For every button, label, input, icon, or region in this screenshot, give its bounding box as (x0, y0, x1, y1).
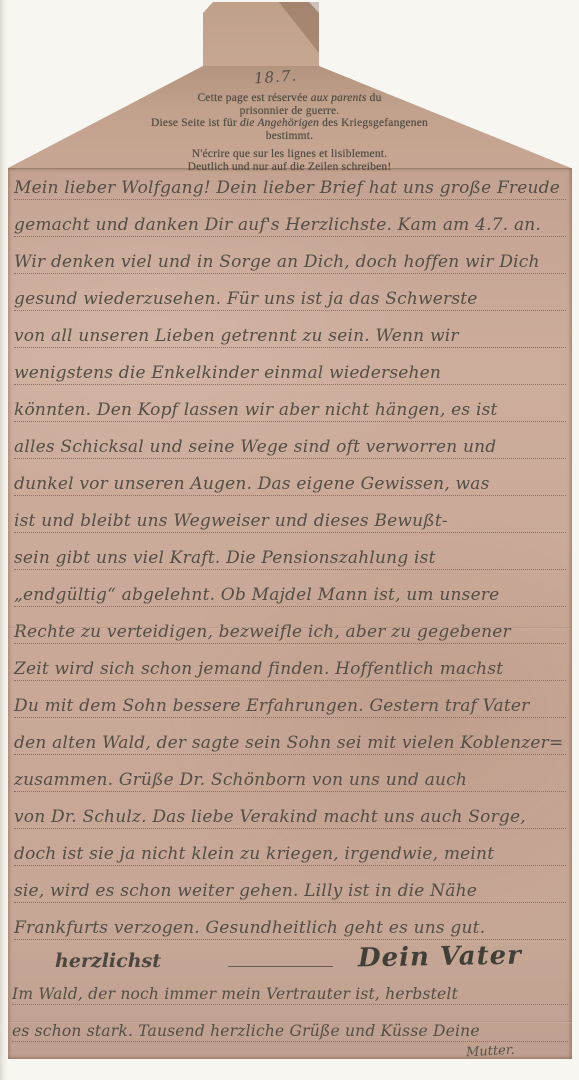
handwritten-date: 18.7. (253, 67, 297, 88)
signature-rule-line (228, 966, 333, 967)
letter-line: gemacht und danken Dir auf's Herzlichste… (14, 200, 566, 237)
letter-line: Rechte zu verteidigen, bezweifle ich, ab… (14, 607, 566, 644)
letter-line: dunkel vor unseren Augen. Das eigene Gew… (14, 459, 566, 496)
postscript-line: Im Wald, der noch immer mein Vertrauter … (12, 968, 568, 1005)
postscript-line: es schon stark. Tausend herzliche Grüße … (12, 1005, 568, 1042)
letter-line: sein gibt uns viel Kraft. Die Pensionsza… (14, 533, 566, 570)
letter-line: könnten. Den Kopf lassen wir aber nicht … (14, 385, 566, 422)
letter-line: den alten Wald, der sagte sein Sohn sei … (14, 718, 566, 755)
letter-line: sie, wird es schon weiter gehen. Lilly i… (14, 866, 566, 903)
postscript-block: Im Wald, der noch immer mein Vertrauter … (12, 968, 568, 1042)
letter-line: „endgültig“ abgelehnt. Ob Majdel Mann is… (14, 570, 566, 607)
letter-line: von all unseren Lieben getrennt zu sein.… (14, 311, 566, 348)
letter-line: Zeit wird sich schon jemand finden. Hoff… (14, 644, 566, 681)
letter-line: gesund wiederzusehen. Für uns ist ja das… (14, 274, 566, 311)
letter-line: wenigstens die Enkelkinder einmal wieder… (14, 348, 566, 385)
postscript-signature: Mutter. (466, 1043, 515, 1061)
printed-line-french-1: Cette page est réservée aux parents du (60, 92, 519, 105)
letter-line: ist und bleibt uns Wegweiser und dieses … (14, 496, 566, 533)
letter-line: alles Schicksal und seine Wege sind oft … (14, 422, 566, 459)
scanned-letter-page: 18.7. Cette page est réservée aux parent… (0, 0, 579, 1080)
letter-line: zusammen. Grüße Dr. Schönborn von uns un… (14, 755, 566, 792)
letter-line: Frankfurts verzogen. Gesundheitlich geht… (14, 903, 566, 940)
letter-line: Mein lieber Wolfgang! Dein lieber Brief … (14, 163, 566, 200)
printed-instruction-header: Cette page est réservée aux parents du p… (60, 92, 519, 173)
printed-line-german-1: Diese Seite ist für die Angehörigen des … (60, 117, 519, 130)
printed-line-french-2: prisonnier de guerre. (60, 105, 519, 118)
printed-line-german-2: bestimmt. (60, 130, 519, 143)
handwritten-letter-body: Mein lieber Wolfgang! Dein lieber Brief … (14, 163, 566, 940)
letter-line: Wir denken viel und in Sorge an Dich, do… (14, 237, 566, 274)
letter-line: von Dr. Schulz. Das liebe Verakind macht… (14, 792, 566, 829)
letter-line: doch ist sie ja nicht klein zu kriegen, … (14, 829, 566, 866)
printed-line-french-3: N'écrire que sur les lignes et lisibleme… (60, 148, 519, 161)
letter-line: Du mit dem Sohn bessere Erfahrungen. Ges… (14, 681, 566, 718)
scanner-edge-shadow (0, 0, 8, 1080)
